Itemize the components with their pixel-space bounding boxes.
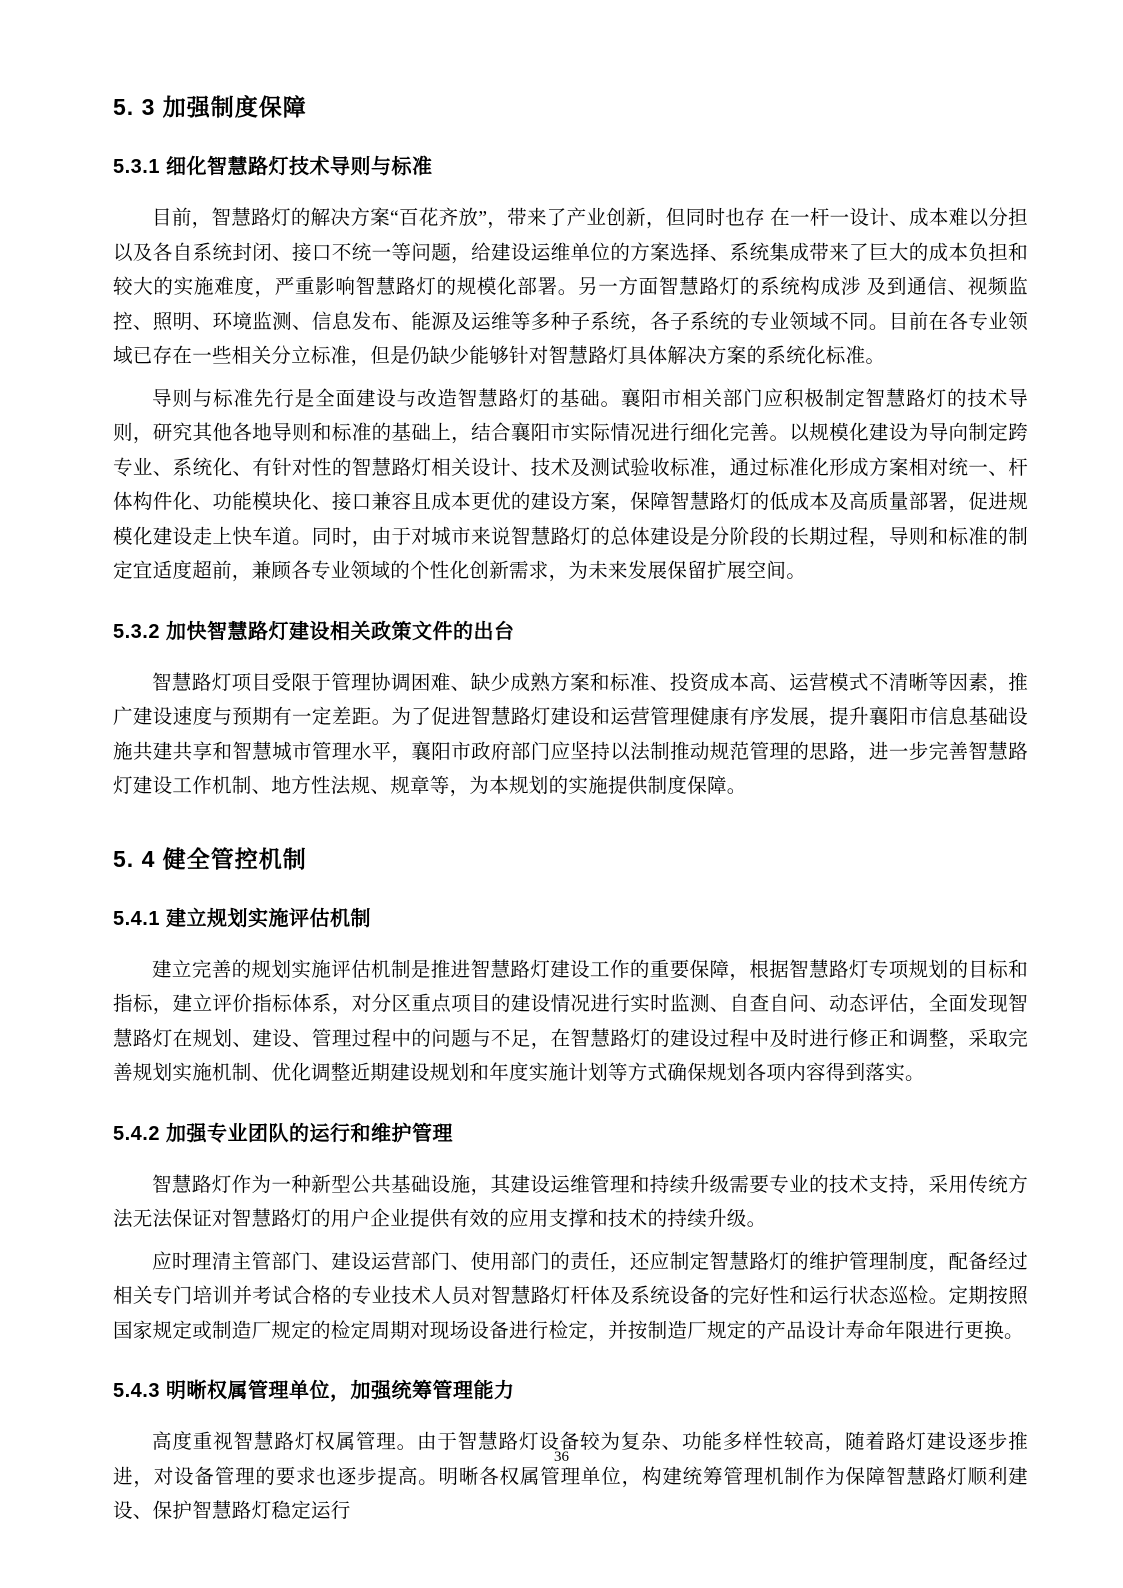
section-heading-5-3: 5. 3 加强制度保障 xyxy=(113,93,1028,121)
page-number: 36 xyxy=(0,1449,1123,1466)
section-heading-5-4: 5. 4 健全管控机制 xyxy=(113,845,1028,873)
paragraph-5-4-2-p2: 应时理清主管部门、建设运营部门、使用部门的责任，还应制定智慧路灯的维护管理制度，… xyxy=(113,1246,1028,1350)
paragraph-5-4-3-p1: 高度重视智慧路灯权属管理。由于智慧路灯设备较为复杂、功能多样性较高，随着路灯建设… xyxy=(113,1426,1028,1530)
document-content: 5. 3 加强制度保障 5.3.1 细化智慧路灯技术导则与标准 目前，智慧路灯的… xyxy=(0,0,1123,1530)
paragraph-5-3-2-p1: 智慧路灯项目受限于管理协调困难、缺少成熟方案和标准、投资成本高、运营模式不清晰等… xyxy=(113,667,1028,805)
paragraph-5-4-2-p1: 智慧路灯作为一种新型公共基础设施，其建设运维管理和持续升级需要专业的技术支持，采… xyxy=(113,1169,1028,1238)
section-heading-5-3-1: 5.3.1 细化智慧路灯技术导则与标准 xyxy=(113,155,1028,180)
paragraph-5-3-1-p2: 导则与标准先行是全面建设与改造智慧路灯的基础。襄阳市相关部门应积极制定智慧路灯的… xyxy=(113,383,1028,590)
document-page: 5. 3 加强制度保障 5.3.1 细化智慧路灯技术导则与标准 目前，智慧路灯的… xyxy=(0,0,1123,1588)
paragraph-5-4-1-p1: 建立完善的规划实施评估机制是推进智慧路灯建设工作的重要保障，根据智慧路灯专项规划… xyxy=(113,954,1028,1092)
section-heading-5-4-2: 5.4.2 加强专业团队的运行和维护管理 xyxy=(113,1122,1028,1147)
paragraph-5-3-1-p1: 目前，智慧路灯的解决方案“百花齐放”，带来了产业创新，但同时也存 在一杆一设计、… xyxy=(113,202,1028,375)
section-heading-5-3-2: 5.3.2 加快智慧路灯建设相关政策文件的出台 xyxy=(113,620,1028,645)
section-heading-5-4-1: 5.4.1 建立规划实施评估机制 xyxy=(113,907,1028,932)
section-heading-5-4-3: 5.4.3 明晰权属管理单位，加强统筹管理能力 xyxy=(113,1379,1028,1404)
